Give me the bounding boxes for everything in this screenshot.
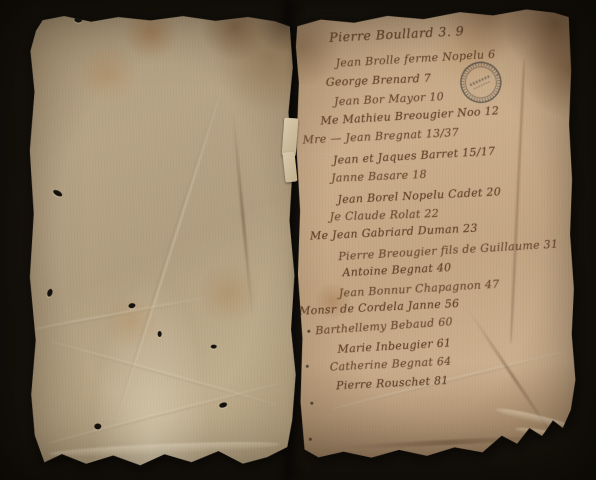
tear-hole: [128, 303, 136, 309]
binding-tab: [282, 118, 299, 157]
register-entry: Je Claude Rolat 22: [330, 208, 440, 223]
left-page: [26, 13, 299, 467]
scanned-manuscript: Pierre Boullard 3. 9Jean Brolle ferme No…: [0, 0, 596, 480]
tear-hole: [158, 331, 162, 337]
register-entry: Pierre Breougier fils de Guillaume 31: [338, 238, 559, 263]
register-entry: George Brenard 7: [326, 73, 432, 89]
crease: [48, 340, 280, 407]
register-entry: Barthellemy Bebaud 60: [315, 316, 453, 337]
tear-hole: [219, 402, 228, 409]
register-entry: Jean Bor Mayor 10: [334, 91, 444, 108]
crease: [43, 381, 286, 446]
register-entry: Catherine Begnat 64: [330, 356, 452, 374]
register-entry: Pierre Rouschet 81: [336, 375, 449, 392]
register-entry: Me Jean Gabriard Duman 23: [310, 222, 478, 242]
register-entry: Monsr de Cordela Janne 56: [299, 298, 460, 318]
tear-hole: [52, 189, 63, 198]
curled-edge-highlight: [49, 439, 279, 459]
register-entries: Pierre Boullard 3. 9Jean Brolle ferme No…: [293, 6, 577, 466]
left-page-paper: [26, 13, 299, 467]
right-page-paper: Pierre Boullard 3. 9Jean Brolle ferme No…: [293, 6, 577, 466]
register-entry: Jean Borel Nopelu Cadet 20: [337, 186, 501, 206]
register-entry: Pierre Boullard 3. 9: [329, 25, 465, 44]
tear-hole: [211, 345, 217, 349]
register-entry: Marie Inbeugier 61: [337, 337, 451, 356]
tear-hole: [94, 423, 101, 429]
crease: [111, 83, 224, 429]
register-entry: Antoine Begnat 40: [342, 262, 451, 279]
register-entry: Janne Basare 18: [331, 169, 427, 185]
register-entry: Mre — Jean Bregnat 13/37: [302, 127, 459, 147]
register-entry: Jean et Jaques Barret 15/17: [333, 146, 496, 167]
right-page: Pierre Boullard 3. 9Jean Brolle ferme No…: [293, 6, 577, 466]
crease: [10, 296, 207, 335]
tear-hole: [46, 288, 53, 297]
tear-hole: [74, 17, 82, 23]
register-entry: Jean Bonnur Chapagnon 47: [339, 279, 500, 300]
crease: [231, 108, 254, 323]
